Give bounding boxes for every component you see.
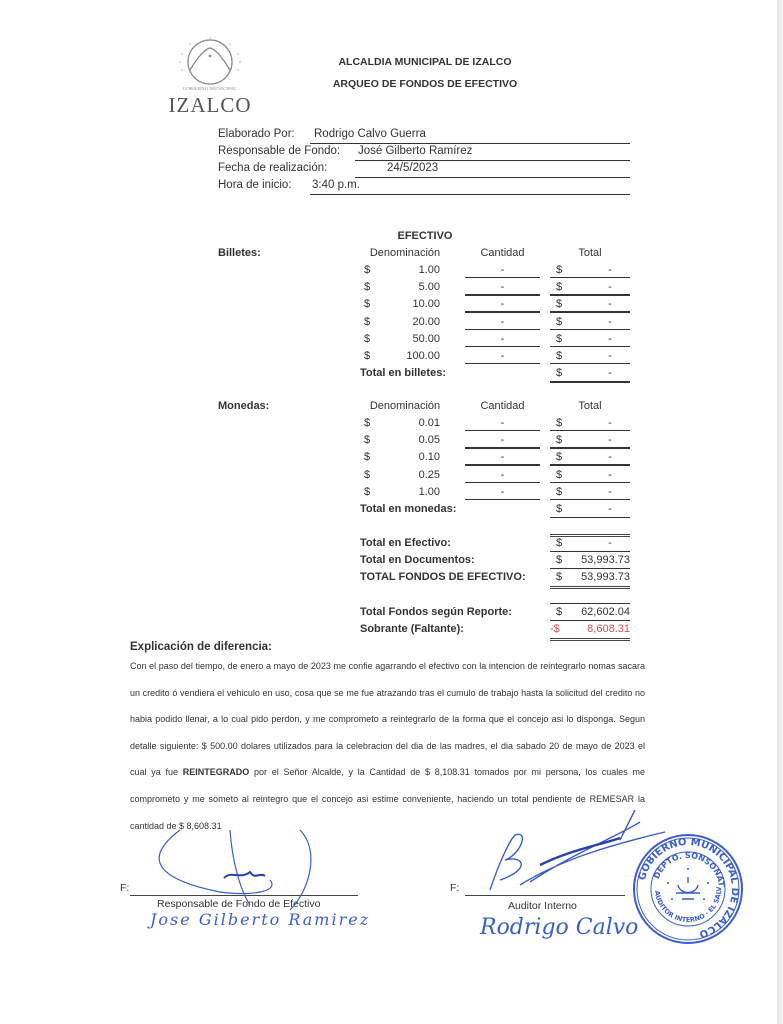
- total-underline: [550, 277, 630, 278]
- monedas-total-label: Total en monedas:: [360, 503, 456, 515]
- col-total: Total: [550, 247, 630, 259]
- elaborado-value: Rodrigo Calvo Guerra: [314, 128, 426, 140]
- total-currency: $: [556, 298, 562, 310]
- cantidad-underline: [465, 277, 540, 278]
- total-currency: $: [556, 417, 562, 429]
- document-title: ALCALDIA MUNICIPAL DE IZALCO: [300, 56, 550, 68]
- rule: [550, 638, 630, 641]
- denom-currency: $: [364, 451, 370, 463]
- denom-value: 100.00: [380, 350, 440, 362]
- sobrante-currency: -$: [550, 623, 560, 635]
- denom-currency: $: [364, 298, 370, 310]
- cantidad-underline: [465, 482, 540, 483]
- rule: [550, 603, 630, 604]
- total-value: -: [590, 264, 630, 276]
- cantidad-underline: [465, 430, 540, 431]
- denom-value: 20.00: [380, 316, 440, 328]
- cantidad-value: -: [465, 451, 540, 463]
- document-subtitle: ARQUEO DE FONDOS DE EFECTIVO: [300, 78, 550, 90]
- denom-value: 1.00: [380, 264, 440, 276]
- left-signature-prefix: F:: [120, 882, 129, 894]
- total-fondos-label: TOTAL FONDOS DE EFECTIVO:: [360, 571, 526, 583]
- rule: [550, 620, 630, 621]
- hora-underline: [310, 194, 630, 195]
- denom-value: 1.00: [380, 486, 440, 498]
- right-handwritten-name: Rodrigo Calvo: [480, 915, 638, 940]
- total-currency: $: [556, 486, 562, 498]
- total-currency: $: [556, 264, 562, 276]
- col-cantidad: Cantidad: [465, 247, 540, 259]
- cantidad-value: -: [465, 486, 540, 498]
- cantidad-underline: [465, 346, 540, 347]
- total-value: -: [590, 350, 630, 362]
- total-currency: $: [556, 333, 562, 345]
- cantidad-underline: [465, 294, 540, 295]
- hora-label: Hora de inicio:: [218, 179, 292, 191]
- efectivo-heading: EFECTIVO: [380, 230, 470, 242]
- total-value: -: [590, 333, 630, 345]
- segun-reporte-value: 62,602.04: [570, 606, 630, 618]
- sobrante-label: Sobrante (Faltante):: [360, 623, 464, 635]
- cantidad-underline: [465, 499, 540, 500]
- denom-currency: $: [364, 264, 370, 276]
- total-value: -: [590, 417, 630, 429]
- total-value: -: [590, 298, 630, 310]
- page-edge-shadow: [777, 0, 783, 1024]
- cantidad-underline: [465, 311, 540, 312]
- sobrante-value: 8,608.31: [570, 623, 630, 635]
- denom-value: 0.05: [380, 434, 440, 446]
- monedas-total-underline: [550, 517, 630, 518]
- cantidad-value: -: [465, 298, 540, 310]
- col-denominacion: Denominación: [355, 400, 455, 412]
- denom-currency: $: [364, 316, 370, 328]
- rule: [550, 586, 630, 589]
- total-currency: $: [556, 316, 562, 328]
- total-currency: $: [556, 350, 562, 362]
- fecha-label: Fecha de realización:: [218, 162, 327, 174]
- total-underline: [550, 346, 630, 347]
- denom-value: 10.00: [380, 298, 440, 310]
- billetes-total-label: Total en billetes:: [360, 367, 446, 379]
- denom-currency: $: [364, 281, 370, 293]
- denom-currency: $: [364, 486, 370, 498]
- col-denominacion: Denominación: [355, 247, 455, 259]
- explicacion-text-bold: REINTEGRADO: [183, 767, 250, 777]
- denom-currency: $: [364, 469, 370, 481]
- explicacion-heading: Explicación de diferencia:: [130, 641, 272, 653]
- cantidad-value: -: [465, 417, 540, 429]
- total-fondos-currency: $: [556, 571, 562, 583]
- logo-name: IZALCO: [160, 93, 260, 118]
- explicacion-text-1: Con el paso del tiempo, de enero a mayo …: [130, 661, 645, 777]
- cantidad-value: -: [465, 316, 540, 328]
- cantidad-value: -: [465, 434, 540, 446]
- total-underline: [550, 311, 630, 312]
- total-value: -: [590, 451, 630, 463]
- total-underline: [550, 499, 630, 500]
- total-underline: [550, 464, 630, 465]
- monedas-label: Monedas:: [218, 400, 269, 412]
- total-underline: [550, 329, 630, 330]
- denom-value: 5.00: [380, 281, 440, 293]
- hora-value: 3:40 p.m.: [312, 179, 360, 191]
- col-cantidad: Cantidad: [465, 400, 540, 412]
- billetes-total-underline: [550, 381, 630, 382]
- cantidad-underline: [465, 329, 540, 330]
- total-value: -: [590, 316, 630, 328]
- total-value: -: [590, 434, 630, 446]
- cantidad-value: -: [465, 350, 540, 362]
- fecha-underline: [355, 177, 630, 178]
- total-currency: $: [556, 281, 562, 293]
- denom-value: 0.10: [380, 451, 440, 463]
- rule: [550, 551, 630, 552]
- total-fondos-value: 53,993.73: [570, 571, 630, 583]
- total-value: -: [590, 486, 630, 498]
- fecha-value: 24/5/2023: [387, 162, 438, 174]
- total-efectivo-label: Total en Efectivo:: [360, 537, 451, 549]
- total-underline: [550, 447, 630, 448]
- segun-reporte-currency: $: [556, 606, 562, 618]
- rule: [550, 568, 630, 569]
- denom-value: 0.25: [380, 469, 440, 481]
- denom-currency: $: [364, 434, 370, 446]
- total-efectivo-currency: $: [556, 537, 562, 549]
- total-documentos-value: 53,993.73: [570, 554, 630, 566]
- cantidad-value: -: [465, 264, 540, 276]
- cantidad-underline: [465, 464, 540, 465]
- total-underline: [550, 294, 630, 295]
- total-efectivo-value: -: [590, 537, 630, 549]
- denom-currency: $: [364, 333, 370, 345]
- right-signature-prefix: F:: [450, 882, 459, 894]
- total-value: -: [590, 469, 630, 481]
- official-stamp-icon: GOBIERNO MUNICIPAL DE IZALCO DEPTO. SONS…: [632, 833, 744, 945]
- total-underline: [550, 363, 630, 364]
- left-handwritten-name: Jose Gilberto Ramirez: [150, 910, 370, 929]
- cantidad-value: -: [465, 281, 540, 293]
- total-documentos-currency: $: [556, 554, 562, 566]
- monedas-total-value: -: [590, 503, 630, 515]
- total-currency: $: [556, 434, 562, 446]
- total-documentos-label: Total en Documentos:: [360, 554, 475, 566]
- cantidad-value: -: [465, 469, 540, 481]
- cantidad-value: -: [465, 333, 540, 345]
- total-currency: $: [556, 469, 562, 481]
- billetes-total-currency: $: [556, 367, 562, 379]
- denom-value: 0.01: [380, 417, 440, 429]
- total-underline: [550, 430, 630, 431]
- segun-reporte-label: Total Fondos según Reporte:: [360, 606, 512, 618]
- denom-currency: $: [364, 417, 370, 429]
- responsable-label: Responsable de Fondo:: [218, 145, 340, 157]
- billetes-label: Billetes:: [218, 247, 261, 259]
- total-currency: $: [556, 451, 562, 463]
- elaborado-label: Elaborado Por:: [218, 128, 295, 140]
- responsable-value: José Gilberto Ramírez: [358, 145, 472, 157]
- denom-currency: $: [364, 350, 370, 362]
- cantidad-underline: [465, 363, 540, 364]
- monedas-total-currency: $: [556, 503, 562, 515]
- cantidad-underline: [465, 447, 540, 448]
- billetes-total-value: -: [590, 367, 630, 379]
- logo-caption: GOBIERNO MUNICIPAL: [168, 86, 252, 91]
- total-value: -: [590, 281, 630, 293]
- denom-value: 50.00: [380, 333, 440, 345]
- col-total: Total: [550, 400, 630, 412]
- total-underline: [550, 482, 630, 483]
